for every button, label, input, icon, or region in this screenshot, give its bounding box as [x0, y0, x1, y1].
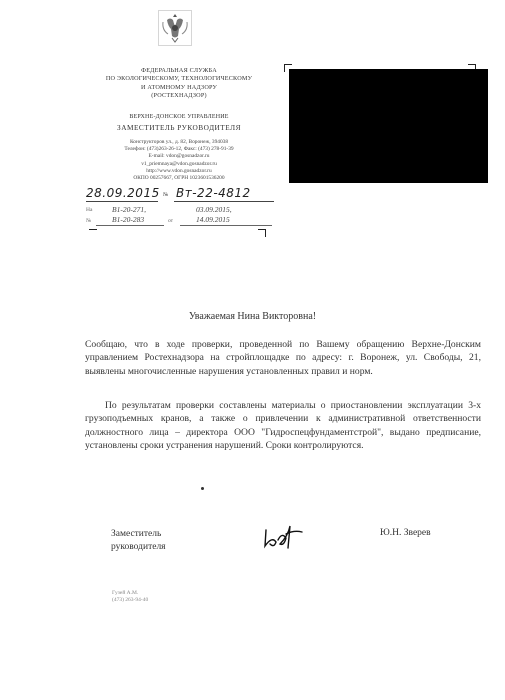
ref-date-1: 03.09.2015, — [196, 205, 232, 214]
contact-block: Конструкторов ул., д. 82, Воронеж, 39403… — [84, 139, 274, 182]
agency-line: ФЕДЕРАЛЬНАЯ СЛУЖБА — [84, 67, 274, 75]
bracket-corner — [89, 229, 97, 230]
number-label: № — [163, 192, 168, 198]
ref-label-no: № — [86, 218, 91, 224]
website-line: http://www.vdon.gosnadzor.ru — [84, 168, 274, 175]
ref-date-2: 14.09.2015 — [196, 215, 230, 224]
ref-number-2: В1-20-283 — [112, 215, 144, 224]
registry-codes-line: ОКПО 00257667, ОГРН 1023601536200 — [84, 175, 274, 182]
signatory-title: Заместитель руководителя — [111, 528, 166, 554]
agency-line: ПО ЭКОЛОГИЧЕСКОМУ, ТЕХНОЛОГИЧЕСКОМУ — [84, 75, 274, 83]
registration-number: Вт-22-4812 — [176, 186, 251, 200]
executor-info: Гузей А.М. (473) 263-94-40 — [112, 590, 148, 604]
redacted-addressee-block — [289, 69, 488, 183]
coat-of-arms-icon — [158, 10, 192, 46]
scan-speck — [201, 487, 204, 490]
divider — [180, 225, 272, 226]
department-name: ВЕРХНЕ-ДОНСКОЕ УПРАВЛЕНИЕ — [84, 113, 274, 121]
ref-from-label: от — [168, 218, 173, 224]
signatory-title-line: руководителя — [111, 541, 166, 554]
paragraph-text: По результатам проверки составлены матер… — [85, 400, 481, 451]
phone-line: Телефон: (473)263-26-12, Факс: (473) 278… — [84, 146, 274, 153]
agency-line: И АТОМНОМУ НАДЗОРУ — [84, 84, 274, 92]
email-line-2: v1_priemnaya@vdon.gosnadzor.ru — [84, 161, 274, 168]
signatory-name: Ю.Н. Зверев — [380, 528, 431, 538]
body-paragraph-2: По результатам проверки составлены матер… — [85, 399, 481, 452]
executor-name: Гузей А.М. — [112, 590, 148, 597]
divider — [86, 201, 158, 202]
bracket-corner — [258, 229, 266, 237]
executor-phone: (473) 263-94-40 — [112, 597, 148, 604]
email-line: E-mail: vdon@gosnadzor.ru — [84, 153, 274, 160]
divider — [174, 201, 274, 202]
greeting: Уважаемая Нина Викторовна! — [0, 311, 505, 322]
sender-title: ЗАМЕСТИТЕЛЬ РУКОВОДИТЕЛЯ — [84, 124, 274, 132]
signatory-title-line: Заместитель — [111, 528, 166, 541]
agency-name: ФЕДЕРАЛЬНАЯ СЛУЖБА ПО ЭКОЛОГИЧЕСКОМУ, ТЕ… — [84, 67, 274, 100]
ref-number-1: В1-20-271, — [112, 205, 146, 214]
ref-label-na: На — [86, 207, 92, 213]
registration-date: 28.09.2015 — [86, 186, 160, 200]
divider — [96, 225, 164, 226]
agency-line: (РОСТЕХНАДЗОР) — [84, 92, 274, 100]
handwritten-signature-icon — [262, 522, 310, 552]
body-paragraph-1: Сообщаю, что в ходе проверки, проведенно… — [85, 338, 481, 378]
